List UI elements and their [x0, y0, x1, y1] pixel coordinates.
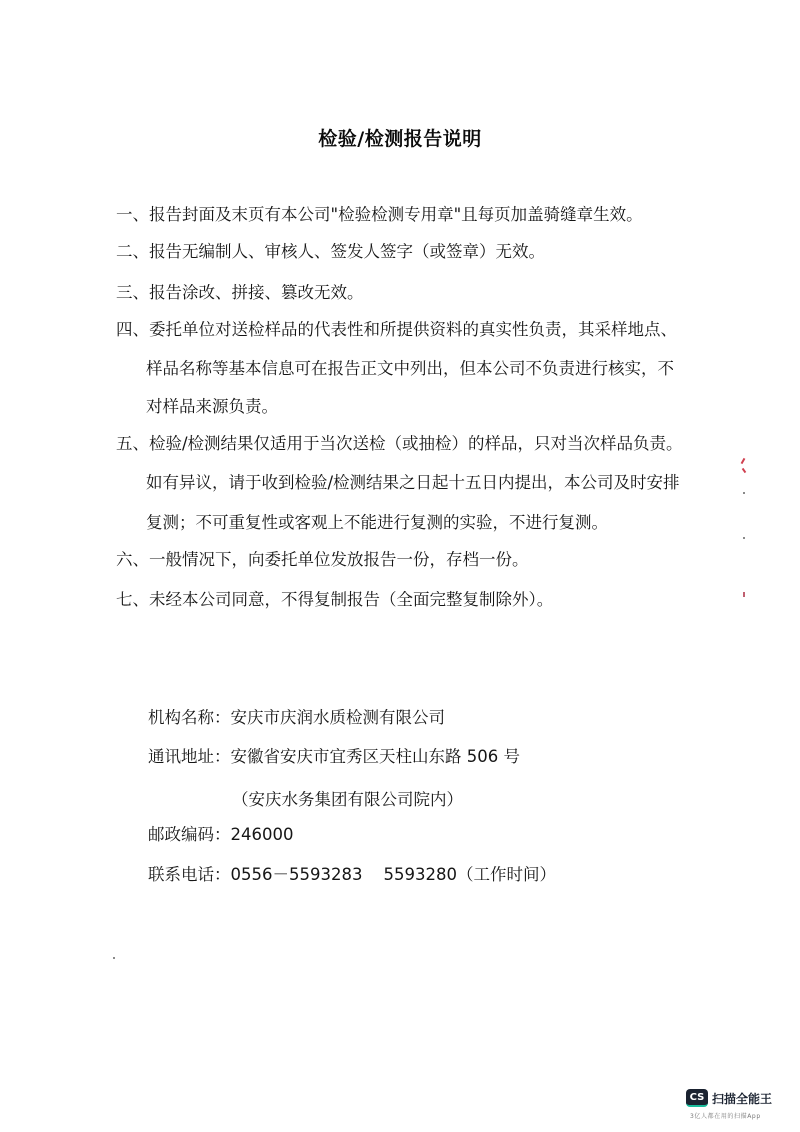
clause-text: 一般情况下，向委托单位发放报告一份，存档一份。 — [149, 550, 529, 569]
clause-4: 四、委托单位对送检样品的代表性和所提供资料的真实性负责，其采样地点、 — [116, 320, 677, 340]
contact-postcode: 邮政编码：246000 — [148, 825, 294, 845]
postcode-label: 邮政编码： — [148, 825, 231, 844]
clause-6: 六、一般情况下，向委托单位发放报告一份，存档一份。 — [116, 550, 529, 570]
clause-number: 六、 — [116, 550, 149, 570]
address-value: 安徽省安庆市宜秀区天柱山东路 506 号 — [231, 747, 520, 766]
seal-mark — [743, 537, 745, 539]
seal-mark — [743, 492, 745, 494]
clause-1: 一、报告封面及末页有本公司"检验检测专用章"且每页加盖骑缝章生效。 — [116, 205, 643, 225]
contact-address: 通讯地址：安徽省安庆市宜秀区天柱山东路 506 号 — [148, 747, 520, 767]
clause-text: 报告封面及末页有本公司"检验检测专用章"且每页加盖骑缝章生效。 — [149, 205, 643, 224]
clause-5: 五、检验/检测结果仅适用于当次送检（或抽检）的样品，只对当次样品负责。 — [116, 434, 683, 454]
clause-number: 五、 — [116, 434, 149, 454]
document-page: 检验/检测报告说明 一、报告封面及末页有本公司"检验检测专用章"且每页加盖骑缝章… — [0, 0, 800, 1132]
clause-number: 三、 — [116, 283, 149, 303]
clause-text: 检验/检测结果仅适用于当次送检（或抽检）的样品，只对当次样品负责。 — [149, 434, 683, 453]
clause-text: 未经本公司同意，不得复制报告（全面完整复制除外）。 — [149, 590, 553, 609]
phone-value: 0556－5593283 5593280（工作时间） — [231, 865, 556, 884]
address-label: 通讯地址： — [148, 747, 231, 766]
org-label: 机构名称： — [148, 708, 231, 727]
camscanner-logo-icon: CS — [686, 1089, 708, 1107]
seal-mark — [741, 458, 746, 464]
clause-5-continuation-2: 复测；不可重复性或客观上不能进行复测的实验，不进行复测。 — [146, 513, 608, 533]
watermark-tagline: 3亿人都在用的扫描App — [690, 1111, 761, 1120]
seal-mark — [742, 468, 747, 473]
postcode-value: 246000 — [231, 825, 294, 844]
contact-phone: 联系电话：0556－5593283 5593280（工作时间） — [148, 865, 556, 885]
phone-label: 联系电话： — [148, 865, 231, 884]
scan-speck — [113, 957, 115, 959]
clause-2: 二、报告无编制人、审核人、签发人签字（或签章）无效。 — [116, 242, 545, 262]
clause-number: 七、 — [116, 590, 149, 610]
clause-7: 七、未经本公司同意，不得复制报告（全面完整复制除外）。 — [116, 590, 553, 610]
document-title: 检验/检测报告说明 — [0, 124, 800, 151]
clause-text: 报告涂改、拼接、篡改无效。 — [149, 283, 364, 302]
clause-number: 四、 — [116, 320, 149, 340]
org-value: 安庆市庆润水质检测有限公司 — [231, 708, 446, 727]
seal-mark — [743, 592, 745, 597]
clause-4-continuation-1: 样品名称等基本信息可在报告正文中列出，但本公司不负责进行核实，不 — [146, 359, 674, 379]
clause-3: 三、报告涂改、拼接、篡改无效。 — [116, 283, 364, 303]
clause-text: 报告无编制人、审核人、签发人签字（或签章）无效。 — [149, 242, 545, 261]
clause-text: 委托单位对送检样品的代表性和所提供资料的真实性负责，其采样地点、 — [149, 320, 677, 339]
scanner-watermark: CS 扫描全能王 3亿人都在用的扫描App — [682, 1089, 792, 1129]
clause-number: 一、 — [116, 205, 149, 225]
clause-5-continuation-1: 如有异议，请于收到检验/检测结果之日起十五日内提出，本公司及时安排 — [146, 473, 680, 493]
watermark-app-name: 扫描全能王 — [712, 1090, 772, 1107]
clause-number: 二、 — [116, 242, 149, 262]
clause-4-continuation-2: 对样品来源负责。 — [146, 397, 278, 417]
contact-organization: 机构名称：安庆市庆润水质检测有限公司 — [148, 708, 445, 728]
address-note: （安庆水务集团有限公司院内） — [232, 786, 463, 810]
